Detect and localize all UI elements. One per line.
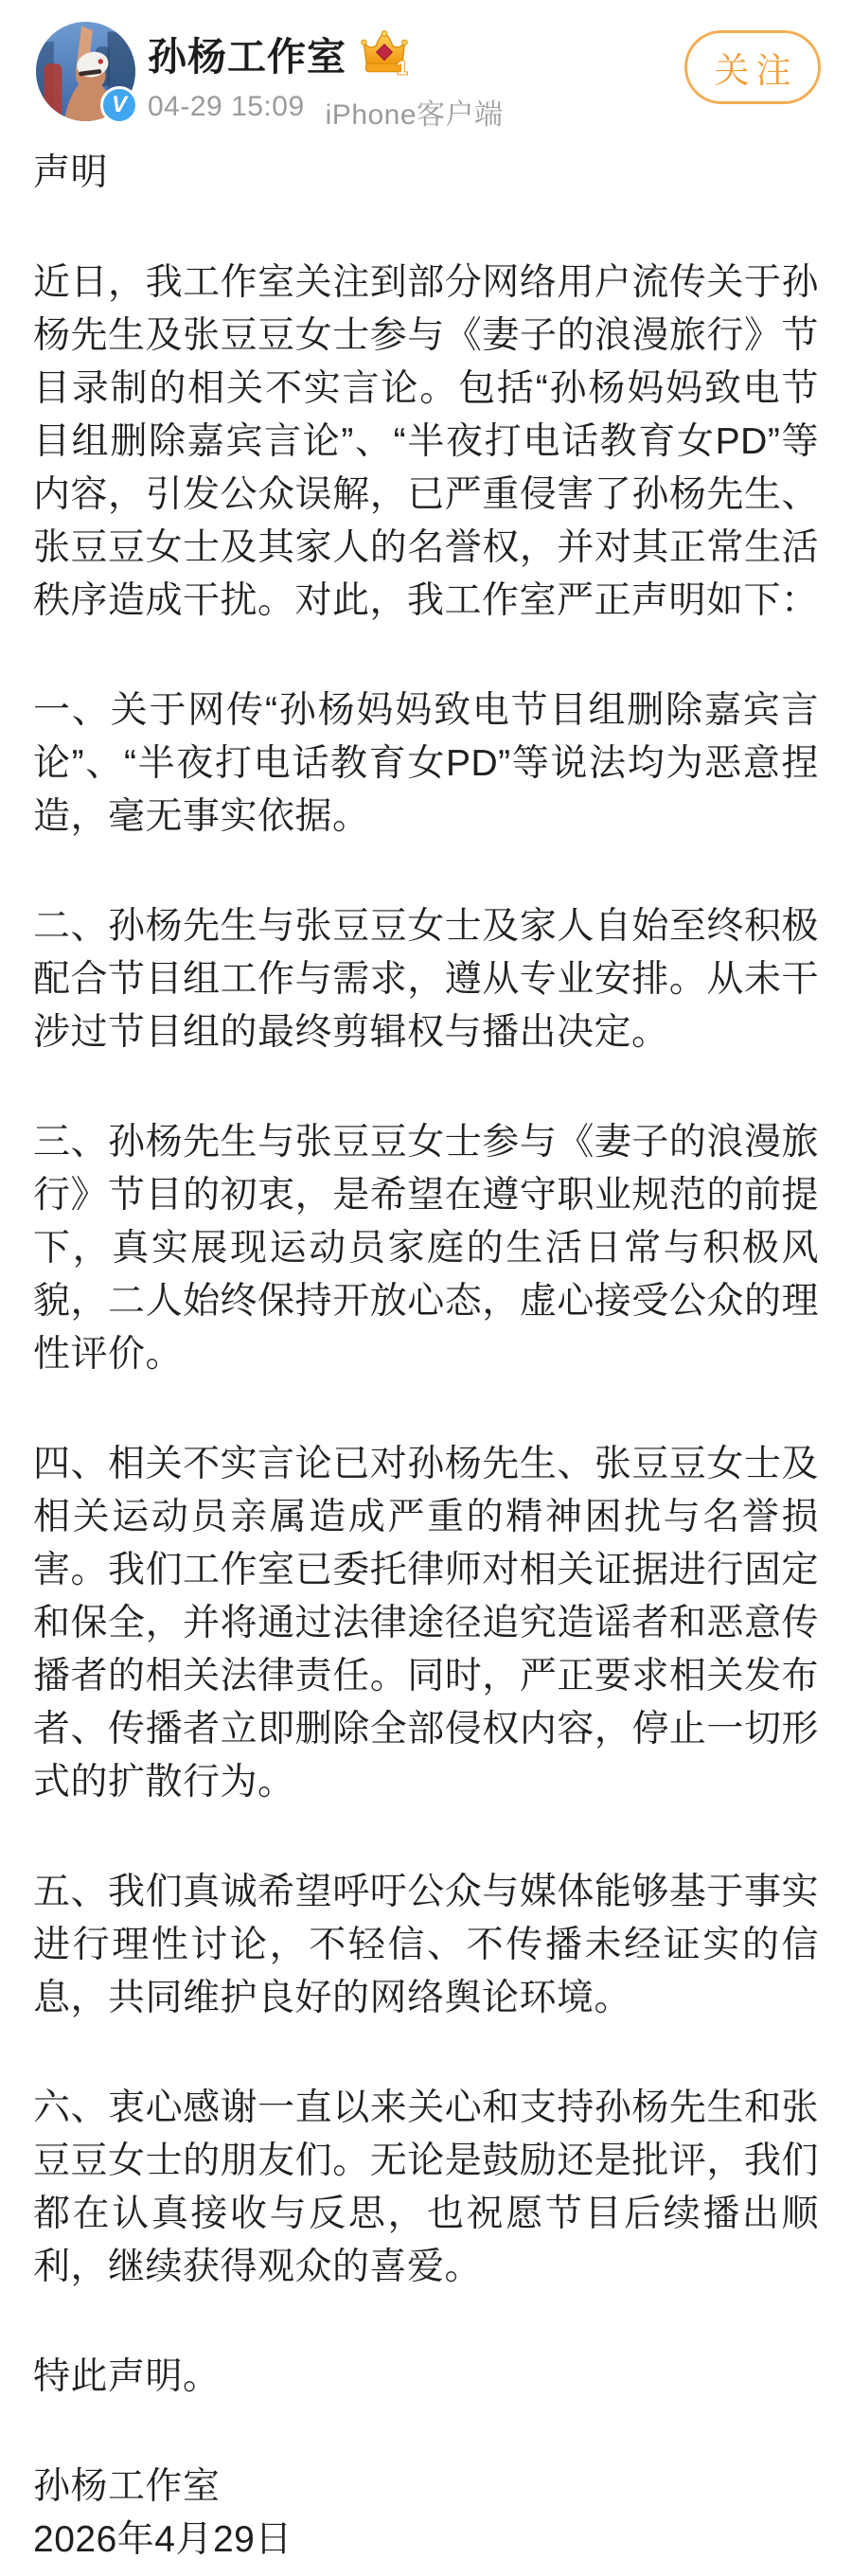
verified-badge-icon: V (100, 86, 138, 124)
weibo-post: V 孙杨工作室 (0, 0, 852, 2576)
svg-text:1: 1 (397, 57, 407, 79)
post-paragraph: 特此声明。 (33, 2351, 819, 2404)
post-paragraph: 六、衷心感谢一直以来关心和支持孙杨先生和张豆豆女士的朋友们。无论是鼓励还是批评，… (33, 2082, 819, 2294)
post-paragraph: 孙杨工作室 2026年4月29日 (33, 2461, 819, 2567)
post-header: V 孙杨工作室 (0, 0, 852, 142)
post-paragraph: 二、孙杨先生与张豆豆女士及家人自始至终积极配合节目组工作与需求，遵从专业安排。从… (33, 900, 819, 1059)
post-paragraph: 近日，我工作室关注到部分网络用户流传关于孙杨先生及张豆豆女士参与《妻子的浪漫旅行… (33, 257, 819, 628)
post-paragraph: 声明 (33, 147, 819, 200)
vip-crown-icon: 1 (358, 29, 411, 79)
post-paragraph: 一、关于网传“孙杨妈妈致电节目组删除嘉宾言论”、“半夜打电话教育女PD”等说法均… (33, 684, 819, 844)
post-source: iPhone客户端 (326, 91, 504, 133)
post-paragraph: 三、孙杨先生与张豆豆女士参与《妻子的浪漫旅行》节目的初衷，是希望在遵守职业规范的… (33, 1116, 819, 1381)
post-timestamp: 04-29 15:09 (148, 91, 305, 133)
post-content: 声明近日，我工作室关注到部分网络用户流传关于孙杨先生及张豆豆女士参与《妻子的浪漫… (0, 142, 852, 2576)
user-block: 孙杨工作室 (148, 26, 504, 133)
avatar[interactable]: V (36, 22, 135, 121)
follow-button[interactable]: 关注 (684, 30, 821, 104)
user-name[interactable]: 孙杨工作室 (148, 26, 346, 81)
post-paragraph: 四、相关不实言论已对孙杨先生、张豆豆女士及相关运动员亲属造成严重的精神困扰与名誉… (33, 1438, 819, 1809)
post-paragraph: 五、我们真诚希望呼吁公众与媒体能够基于事实进行理性讨论，不轻信、不传播未经证实的… (33, 1866, 819, 2025)
